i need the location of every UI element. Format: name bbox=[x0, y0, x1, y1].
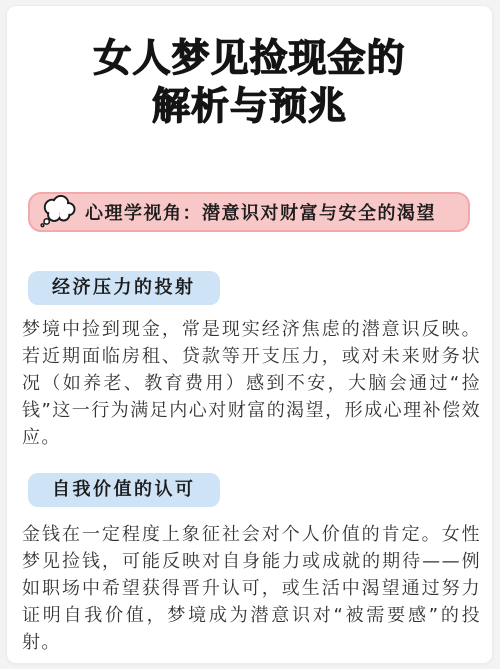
psychology-perspective-banner: 心理学视角：潜意识对财富与安全的渴望 bbox=[28, 192, 470, 232]
thought-bubble-icon bbox=[39, 195, 77, 229]
content-card: 女人梦见捡现金的 解析与预兆 bbox=[6, 5, 493, 664]
title-line-1: 女人梦见捡现金的 bbox=[7, 34, 492, 82]
banner-label: 心理学视角：潜意识对财富与安全的渴望 bbox=[85, 199, 436, 225]
section-heading-self-worth: 自我价值的认可 bbox=[28, 473, 220, 507]
section-body-economic-pressure: 梦境中捡到现金，常是现实经济焦虑的潜意识反映。若近期面临房租、贷款等开支压力，或… bbox=[22, 316, 481, 451]
section-heading-economic-pressure: 经济压力的投射 bbox=[28, 271, 220, 305]
section-body-self-worth: 金钱在一定程度上象征社会对个人价值的肯定。女性梦见捡钱，可能反映对自身能力或成就… bbox=[22, 521, 481, 656]
page: 女人梦见捡现金的 解析与预兆 bbox=[0, 0, 500, 669]
page-title: 女人梦见捡现金的 解析与预兆 bbox=[7, 34, 492, 130]
title-line-2: 解析与预兆 bbox=[7, 82, 492, 130]
